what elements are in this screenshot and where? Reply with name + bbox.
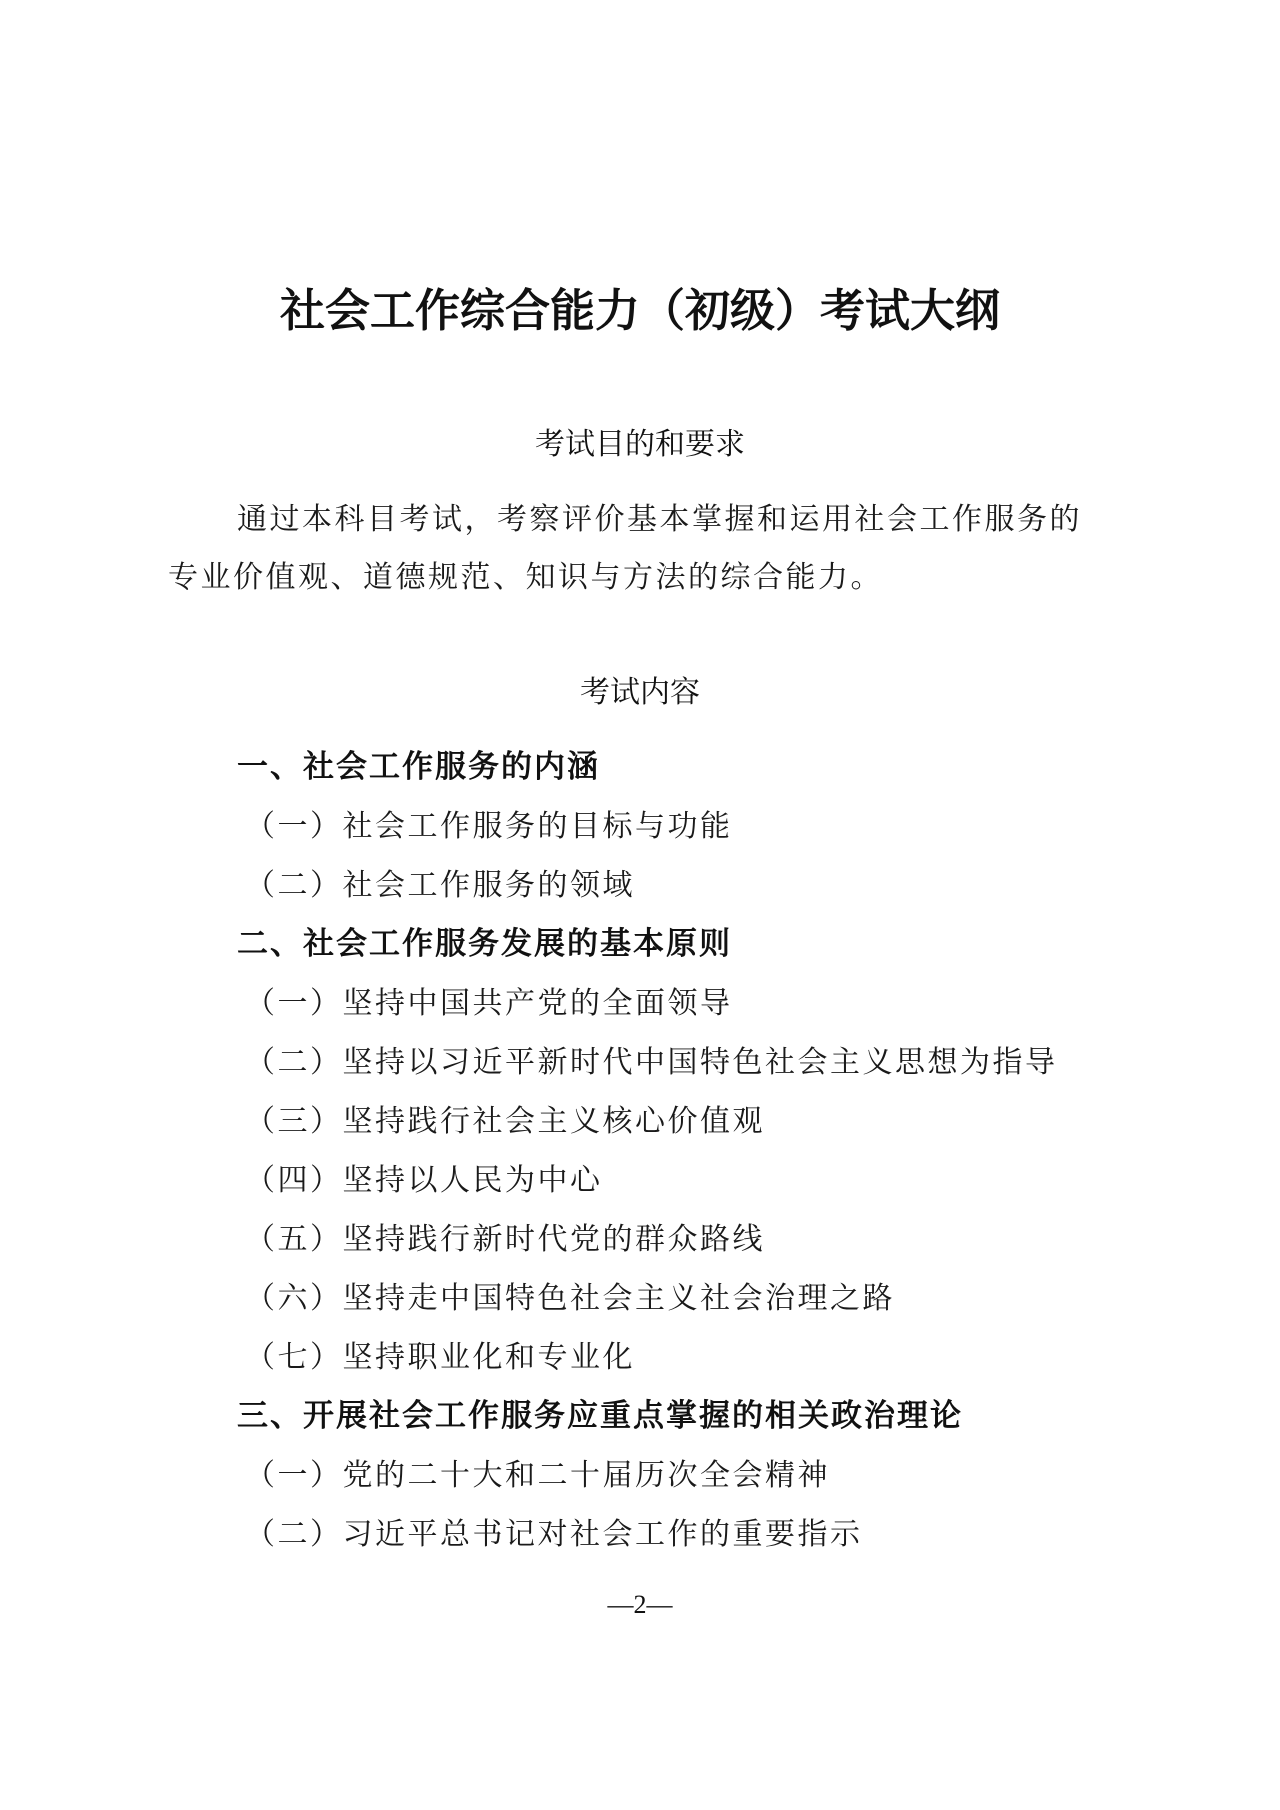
outline-item: （四）坚持以人民为中心 [245, 1166, 603, 1196]
outline-heading-3: 三、开展社会工作服务应重点掌握的相关政治理论 [237, 1401, 963, 1432]
outline-item: （六）坚持走中国特色社会主义社会治理之路 [245, 1284, 895, 1314]
purpose-paragraph-line-2: 专业价值观、道德规范、知识与方法的综合能力。 [168, 563, 883, 593]
outline-item: （三）坚持践行社会主义核心价值观 [245, 1107, 765, 1137]
document-title: 社会工作综合能力（初级）考试大纲 [0, 288, 1280, 333]
document-page: 社会工作综合能力（初级）考试大纲 考试目的和要求 通过本科目考试，考察评价基本掌… [0, 0, 1280, 1810]
outline-item: （二）习近平总书记对社会工作的重要指示 [245, 1520, 863, 1550]
outline-item: （一）坚持中国共产党的全面领导 [245, 989, 733, 1019]
purpose-paragraph-line-1: 通过本科目考试，考察评价基本掌握和运用社会工作服务的 [237, 505, 1082, 535]
outline-item: （一）党的二十大和二十届历次全会精神 [245, 1461, 830, 1491]
outline-item: （二）坚持以习近平新时代中国特色社会主义思想为指导 [245, 1048, 1058, 1078]
outline-item: （二）社会工作服务的领域 [245, 871, 635, 901]
section-heading-purpose: 考试目的和要求 [0, 430, 1280, 460]
outline-item: （七）坚持职业化和专业化 [245, 1343, 635, 1373]
outline-item: （五）坚持践行新时代党的群众路线 [245, 1225, 765, 1255]
page-number: —2— [0, 1592, 1280, 1618]
outline-heading-1: 一、社会工作服务的内涵 [237, 752, 600, 783]
section-heading-content: 考试内容 [0, 678, 1280, 708]
outline-item: （一）社会工作服务的目标与功能 [245, 812, 733, 842]
outline-heading-2: 二、社会工作服务发展的基本原则 [237, 929, 732, 960]
